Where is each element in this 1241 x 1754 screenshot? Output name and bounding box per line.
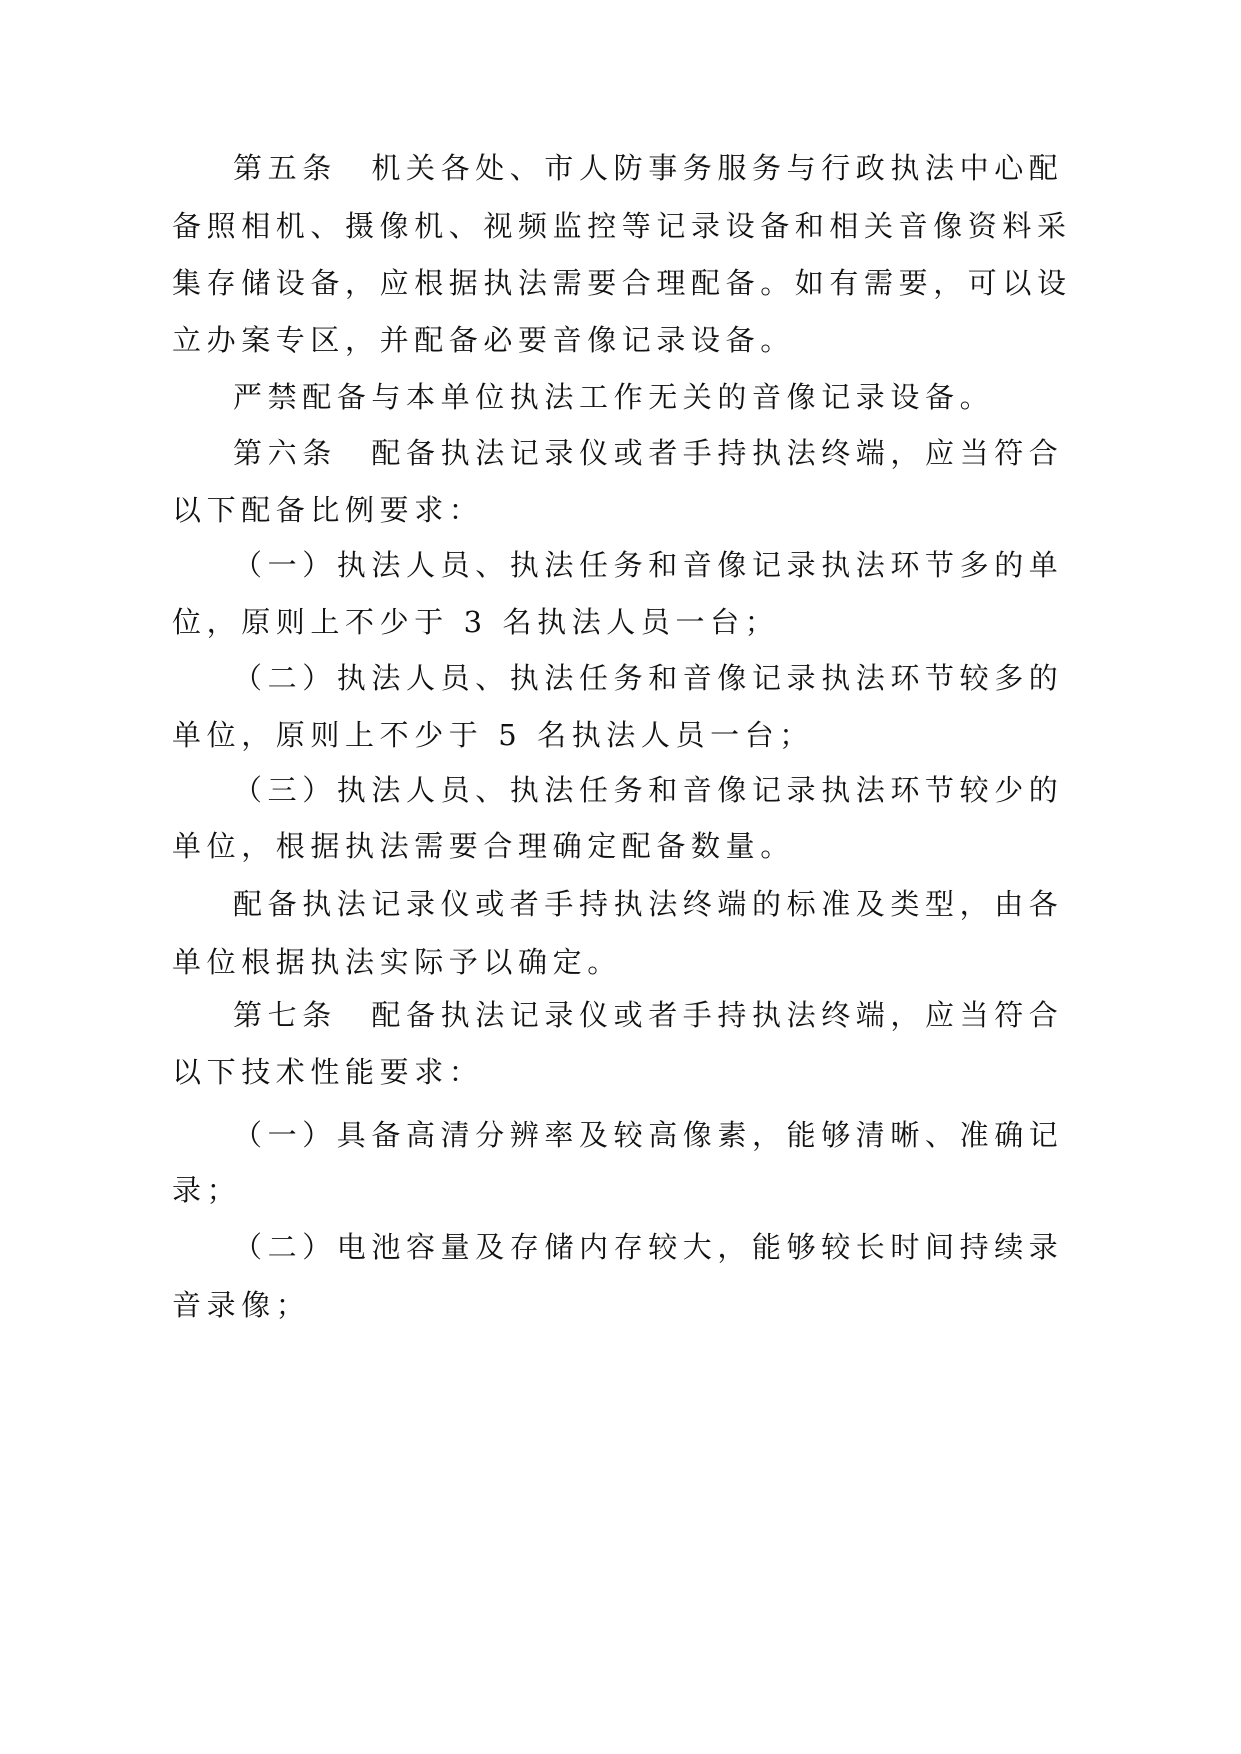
article-7-line-1: 第七条 配备执法记录仪或者手持执法终端，应当符合 — [233, 995, 942, 1035]
article-7-item-1-line-2: 录； — [172, 1170, 942, 1210]
article-5-line-1: 第五条 机关各处、市人防事务服务与行政执法中心配 — [233, 148, 942, 188]
article-6-item-3-line-2: 单位，根据执法需要合理确定配备数量。 — [172, 826, 942, 866]
article-6-item-1-line-2: 位，原则上不少于 3 名执法人员一台； — [172, 602, 942, 642]
article-7-item-1-line-1: （一）具备高清分辨率及较高像素，能够清晰、准确记 — [233, 1115, 942, 1155]
article-7-line-2: 以下技术性能要求： — [172, 1052, 942, 1092]
article-6-paragraph-2-line-1: 配备执法记录仪或者手持执法终端的标准及类型，由各 — [233, 884, 942, 924]
article-6-item-2-line-2: 单位，原则上不少于 5 名执法人员一台； — [172, 715, 942, 755]
article-5-line-3: 集存储设备，应根据执法需要合理配备。如有需要，可以设 — [172, 263, 942, 303]
document-page: 第五条 机关各处、市人防事务服务与行政执法中心配 备照相机、摄像机、视频监控等记… — [0, 0, 1241, 1754]
article-6-line-2: 以下配备比例要求： — [172, 490, 942, 530]
article-6-item-3-line-1: （三）执法人员、执法任务和音像记录执法环节较少的 — [233, 770, 942, 810]
article-5-paragraph-2: 严禁配备与本单位执法工作无关的音像记录设备。 — [233, 377, 942, 417]
article-6-item-1-line-1: （一）执法人员、执法任务和音像记录执法环节多的单 — [233, 545, 942, 585]
article-5-line-2: 备照相机、摄像机、视频监控等记录设备和相关音像资料采 — [172, 206, 942, 246]
article-5-line-4: 立办案专区，并配备必要音像记录设备。 — [172, 320, 942, 360]
article-7-item-2-line-2: 音录像； — [172, 1285, 942, 1325]
article-6-line-1: 第六条 配备执法记录仪或者手持执法终端，应当符合 — [233, 433, 942, 473]
article-6-paragraph-2-line-2: 单位根据执法实际予以确定。 — [172, 942, 942, 982]
article-7-item-2-line-1: （二）电池容量及存储内存较大，能够较长时间持续录 — [233, 1227, 942, 1267]
article-6-item-2-line-1: （二）执法人员、执法任务和音像记录执法环节较多的 — [233, 658, 942, 698]
